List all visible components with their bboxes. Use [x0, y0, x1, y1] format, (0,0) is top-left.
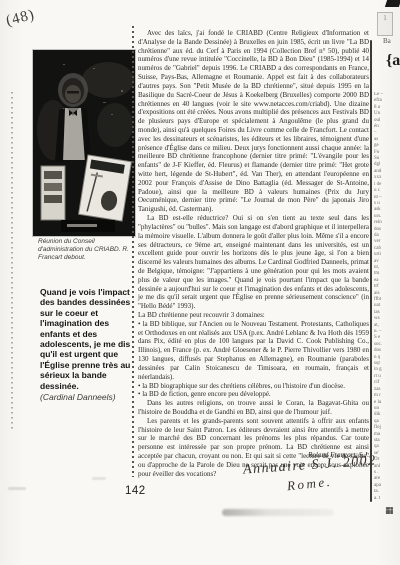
- handwritten-annotation-line2: Rome.: [286, 475, 333, 494]
- article-bullet-item: • la BD biographique sur des chrétiens c…: [138, 382, 369, 391]
- criabd-photo-image: [33, 50, 135, 236]
- adjacent-page-text-fragment: a. t: [374, 496, 400, 502]
- photo-criabd-meeting: [33, 50, 135, 236]
- article-paragraph: La BD chrétienne peut recouvrir 3 domain…: [138, 311, 369, 320]
- article-text: Avec des laïcs, j'ai fondé le CRIABD (Ce…: [138, 29, 369, 478]
- article-bullet-item: • la BD biblique, sur l'Ancien ou le Nou…: [138, 320, 369, 382]
- scanned-page: (48): [0, 0, 400, 565]
- adjacent-page-drop-cap: {a: [386, 52, 400, 70]
- handwritten-page-number-annotation: (48): [4, 7, 36, 30]
- left-margin-dotted-line: [11, 92, 13, 430]
- column-separator-dotted-line: [132, 26, 134, 477]
- scan-noise: [8, 487, 26, 490]
- article-paragraph: Avec des laïcs, j'ai fondé le CRIABD (Ce…: [138, 29, 369, 214]
- pull-quote-text: Quand je vois l'impact des bandes dessin…: [40, 287, 130, 391]
- article-bullet-item: • la BD de fiction, genre encore peu dév…: [138, 390, 369, 399]
- edge-stamp-mark: 1: [377, 12, 393, 36]
- pull-quote-attribution: (Cardinal Danneels): [40, 392, 135, 402]
- photo-caption: Réunion du Conseil d'administration du C…: [38, 238, 136, 262]
- scan-smudge: [222, 509, 334, 516]
- scan-noise: [92, 477, 106, 480]
- adjacent-page-glyph: ▦: [385, 506, 394, 516]
- article-paragraph: La BD est-elle réductrice? Oui si on s'e…: [138, 214, 369, 311]
- article-paragraph: Dans les autres religions, on trouve aus…: [138, 399, 369, 417]
- adjacent-page-strip: Le –efra8 aUnoulén–asgeFoSudglandxxxi de…: [374, 92, 400, 506]
- adjacent-page-text-fragment: Ba: [383, 37, 391, 45]
- scan-corner-mark: [385, 0, 400, 7]
- page-edge-line: [370, 40, 372, 502]
- page-number: 142: [125, 485, 146, 497]
- pull-quote: Quand je vois l'impact des bandes dessin…: [40, 287, 135, 402]
